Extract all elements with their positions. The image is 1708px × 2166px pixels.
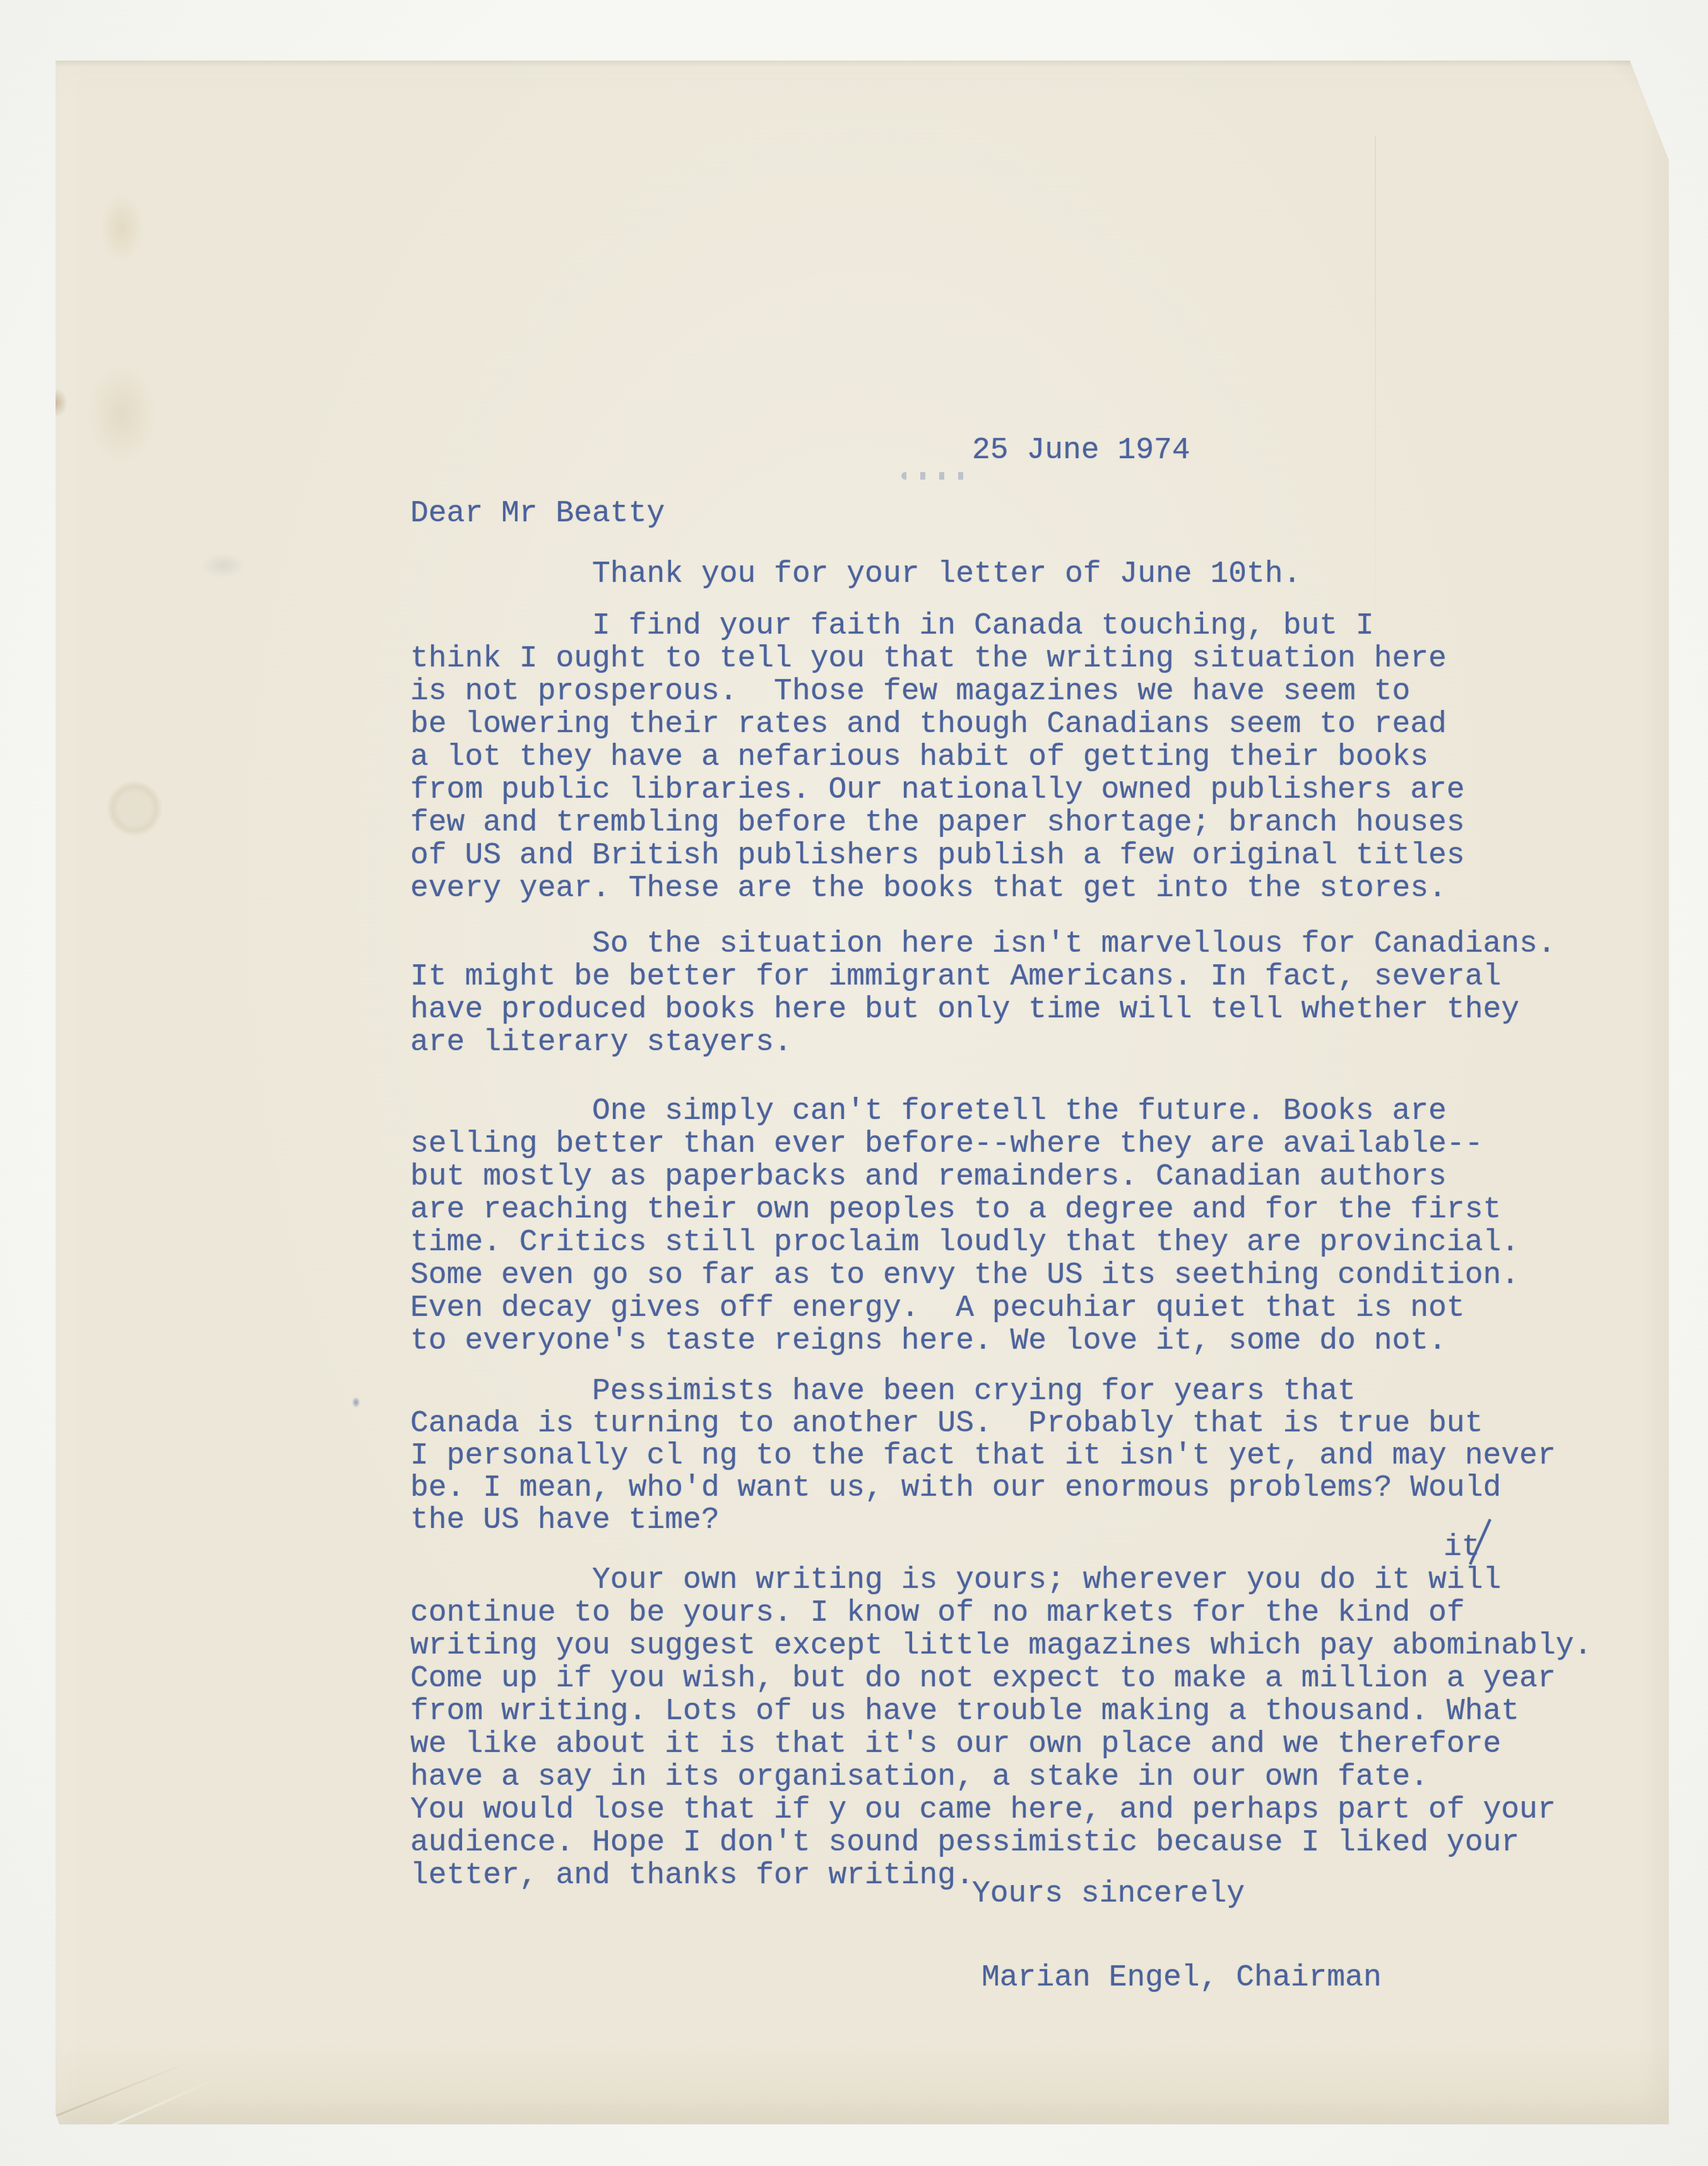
letter-line: Your own writing is yours; wherever you … [410,1564,1592,1597]
letter-line: You would lose that if y ou came here, a… [410,1794,1592,1826]
letter-line: I find your faith in Canada touching, bu… [410,610,1465,642]
letter-line: but mostly as paperbacks and remainders.… [410,1161,1519,1193]
letter-line: from public libraries. Our nationally ow… [410,774,1465,807]
folded-corner [1568,61,1669,174]
letter-line: is not prosperous. Those few magazines w… [410,675,1465,708]
paragraph-writing-situation: I find your faith in Canada touching, bu… [410,610,1465,905]
letter-line: of US and British publishers publish a f… [410,839,1465,872]
stain [201,553,245,578]
letter-line: be lowering their rates and though Canad… [410,708,1465,741]
letter-line: are reaching their own peoples to a degr… [410,1193,1519,1226]
closing: Yours sincerely [972,1878,1245,1910]
bottom-left-crease [44,2077,218,2157]
typed-correction-mark: it [1444,1531,1480,1564]
stain [106,780,163,837]
letter-line: have produced books here but only time w… [410,993,1556,1026]
ghost-type-marks [901,472,971,480]
paragraph-future: One simply can't foretell the future. Bo… [410,1095,1519,1358]
letter-line: time. Critics still proclaim loudly that… [410,1226,1519,1259]
letter-line: I personally cl ng to the fact that it i… [410,1440,1556,1472]
letter-line: Pessimists have been crying for years th… [410,1376,1556,1408]
paragraph-thanks: Thank you for your letter of June 10th. [410,558,1301,591]
letter-line: Come up if you wish, but do not expect t… [410,1662,1592,1695]
letter-line: selling better than ever before--where t… [410,1128,1519,1161]
letter-line: Some even go so far as to envy the US it… [410,1259,1519,1292]
letter-line: are literary stayers. [410,1026,1556,1059]
letter-line: So the situation here isn't marvellous f… [410,928,1556,961]
stain [87,364,157,465]
letter-line: to everyone's taste reigns here. We love… [410,1325,1519,1358]
letter-line: continue to be yours. I know of no marke… [410,1597,1592,1630]
letter-line: few and trembling before the paper short… [410,807,1465,839]
letter-date: 25 June 1974 [972,434,1190,467]
stain [44,389,67,417]
letter-line: think I ought to tell you that the writi… [410,642,1465,675]
letter-page: 25 June 1974 Dear Mr Beatty Thank you fo… [56,61,1669,2124]
signature-line: Marian Engel, Chairman [982,1962,1382,1994]
paragraph-canadians: So the situation here isn't marvellous f… [410,928,1556,1059]
letter-line: the US have time? [410,1505,1556,1537]
letter-line: audience. Hope I don't sound pessimistic… [410,1826,1592,1859]
salutation: Dear Mr Beatty [410,497,665,530]
letter-line: every year. These are the books that get… [410,872,1465,905]
letter-line: have a say in its organisation, a stake … [410,1761,1592,1794]
letter-line: One simply can't foretell the future. Bo… [410,1095,1519,1128]
bottom-left-crease-shadow [48,2061,189,2120]
letter-line: Canada is turning to another US. Probabl… [410,1408,1556,1440]
scanned-letter-screenshot: { "document": { "date": "25 June 1974", … [0,0,1708,2166]
paragraph-your-writing: Your own writing is yours; wherever you … [410,1564,1592,1892]
letter-line: from writing. Lots of us have trouble ma… [410,1695,1592,1728]
stain [100,193,144,263]
letter-line: Thank you for your letter of June 10th. [410,558,1301,591]
letter-line: a lot they have a nefarious habit of get… [410,741,1465,774]
letter-line: Even decay gives off energy. A pecuhiar … [410,1292,1519,1325]
letter-line: be. I mean, who'd want us, with our enor… [410,1472,1556,1505]
letter-line: writing you suggest except little magazi… [410,1630,1592,1662]
letter-line: we like about it is that it's our own pl… [410,1728,1592,1761]
ink-speck [352,1397,360,1407]
paragraph-pessimists: Pessimists have been crying for years th… [410,1376,1556,1537]
letter-line: It might be better for immigrant America… [410,961,1556,993]
